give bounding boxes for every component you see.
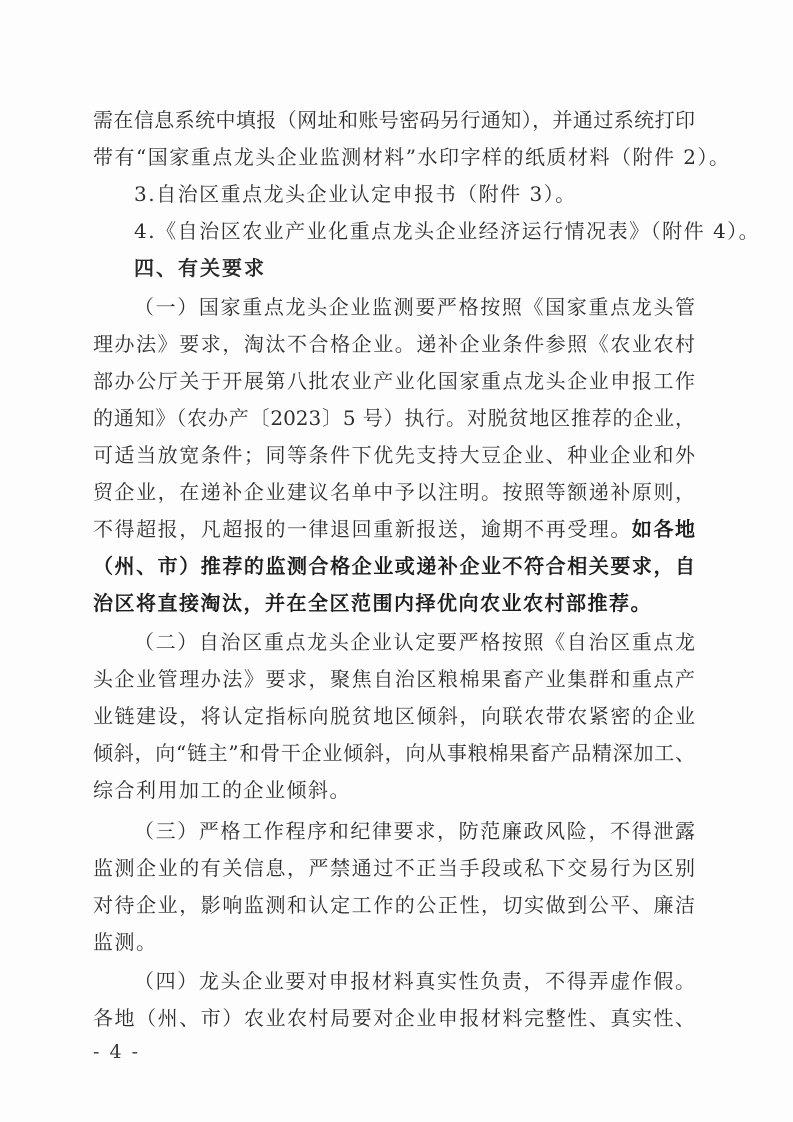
- emphasis-text: 治区将直接淘汰，并在全区范围内择优向农业农村部推荐。: [93, 591, 652, 615]
- document-body: 需在信息系统中填报（网址和账号密码另行通知），并通过系统打印 带有“国家重点龙头…: [93, 102, 695, 1037]
- paragraph-line: 业链建设，将认定指标向脱贫地区倾斜，向联农带农紧密的企业: [93, 698, 695, 735]
- paragraph-line-emphasis: 治区将直接淘汰，并在全区范围内择优向农业农村部推荐。: [93, 585, 695, 622]
- emphasis-text: （州、市）推荐的监测合格企业或递补企业不符合相关要求，自: [93, 554, 695, 578]
- paragraph-line: （四）龙头企业要对申报材料真实性负责，不得弄虚作假。: [93, 963, 695, 1000]
- paragraph-line: （一）国家重点龙头企业监测要严格按照《国家重点龙头管: [93, 289, 695, 326]
- attachment-item-text: 3.自治区重点龙头企业认定申报书（附件 3）。: [93, 176, 695, 213]
- section-heading-text: 四、有关要求: [93, 250, 695, 287]
- paragraph-line: 综合利用加工的企业倾斜。: [93, 772, 695, 809]
- requirement-paragraph-3: （三）严格工作程序和纪律要求，防范廉政风险，不得泄露 监测企业的有关信息，严禁通…: [93, 813, 695, 961]
- paragraph-line: 各地（州、市）农业农村局要对企业申报材料完整性、真实性、: [93, 1000, 695, 1037]
- paragraph-line: 头企业管理办法》要求，聚焦自治区粮棉果畜产业集群和重点产: [93, 661, 695, 698]
- paragraph-line: 监测。: [93, 924, 695, 961]
- attachment-item-4: 4.《自治区农业产业化重点龙头企业经济运行情况表》（附件 4）。: [93, 213, 695, 250]
- attachment-item-3: 3.自治区重点龙头企业认定申报书（附件 3）。: [93, 176, 695, 213]
- paragraph-line: 监测企业的有关信息，严禁通过不正当手段或私下交易行为区别: [93, 850, 695, 887]
- section-heading: 四、有关要求: [93, 250, 695, 287]
- requirement-paragraph-1: （一）国家重点龙头企业监测要严格按照《国家重点龙头管 理办法》要求，淘汰不合格企…: [93, 289, 695, 622]
- requirement-paragraph-4: （四）龙头企业要对申报材料真实性负责，不得弄虚作假。 各地（州、市）农业农村局要…: [93, 963, 695, 1037]
- paragraph-line: 贸企业，在递补企业建议名单中予以注明。按照等额递补原则，: [93, 474, 695, 511]
- paragraph-text: 不得超报，凡超报的一律退回重新报送，逾期不再受理。: [93, 517, 632, 541]
- paragraph-line: （二）自治区重点龙头企业认定要严格按照《自治区重点龙: [93, 624, 695, 661]
- requirement-paragraph-2: （二）自治区重点龙头企业认定要严格按照《自治区重点龙 头企业管理办法》要求，聚焦…: [93, 624, 695, 809]
- paragraph-intro-continuation: 需在信息系统中填报（网址和账号密码另行通知），并通过系统打印 带有“国家重点龙头…: [93, 102, 695, 176]
- paragraph-line: 带有“国家重点龙头企业监测材料”水印字样的纸质材料（附件 2）。: [93, 139, 695, 176]
- paragraph-line-emphasis: （州、市）推荐的监测合格企业或递补企业不符合相关要求，自: [93, 548, 695, 585]
- paragraph-line: 可适当放宽条件；同等条件下优先支持大豆企业、种业企业和外: [93, 437, 695, 474]
- paragraph-line: 理办法》要求，淘汰不合格企业。递补企业条件参照《农业农村: [93, 326, 695, 363]
- paragraph-line-mixed: 不得超报，凡超报的一律退回重新报送，逾期不再受理。如各地: [93, 511, 695, 548]
- attachment-item-text: 4.《自治区农业产业化重点龙头企业经济运行情况表》（附件 4）。: [93, 213, 695, 250]
- paragraph-line: 倾斜，向“链主”和骨干企业倾斜，向从事粮棉果畜产品精深加工、: [93, 735, 695, 772]
- paragraph-line: 需在信息系统中填报（网址和账号密码另行通知），并通过系统打印: [93, 102, 695, 139]
- paragraph-line: 对待企业，影响监测和认定工作的公正性，切实做到公平、廉洁: [93, 887, 695, 924]
- paragraph-line: 的通知》（农办产〔2023〕5 号）执行。对脱贫地区推荐的企业，: [93, 400, 695, 437]
- paragraph-line: 部办公厅关于开展第八批农业产业化国家重点龙头企业申报工作: [93, 363, 695, 400]
- emphasis-text: 如各地: [632, 517, 695, 541]
- paragraph-line: （三）严格工作程序和纪律要求，防范廉政风险，不得泄露: [93, 813, 695, 850]
- page-number: - 4 -: [93, 1037, 140, 1067]
